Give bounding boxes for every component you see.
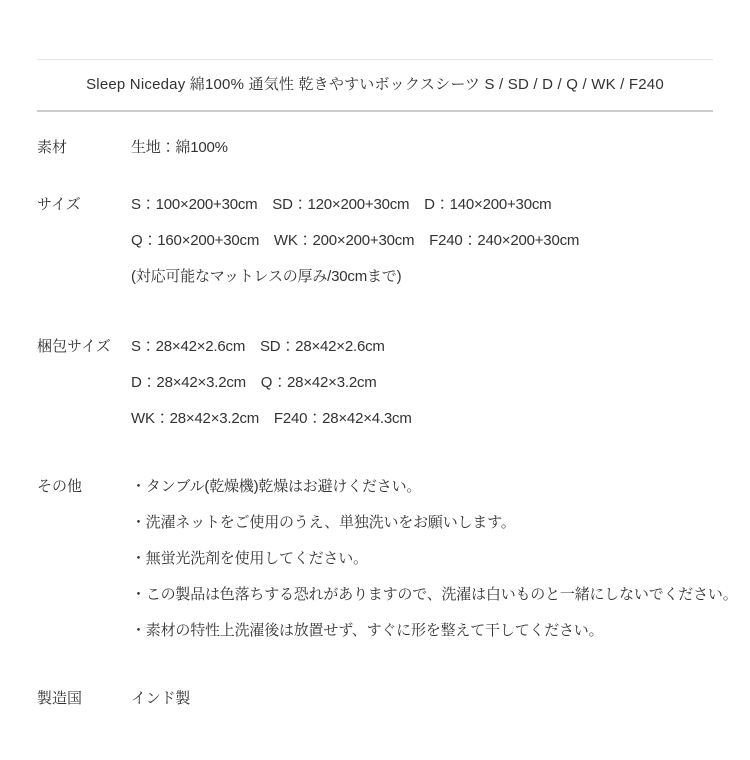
spec-line: ・タンブル(乾燥機)乾燥はお避けください。: [131, 469, 750, 505]
spec-line: ・この製品は色落ちする恐れがありますので、洗濯は白いものと一緒にしないでください…: [131, 577, 750, 613]
spec-line: WK：28×42×3.2cm F240：28×42×4.3cm: [131, 401, 750, 437]
spec-label: 製造国: [37, 681, 131, 717]
spec-label: 梱包サイズ: [37, 329, 131, 365]
spec-line: ・素材の特性上洗濯後は放置せず、すぐに形を整えて干してください。: [131, 613, 750, 649]
spec-line: (対応可能なマットレスの厚み/30cmまで): [131, 259, 750, 295]
spec-label: 素材: [37, 130, 131, 166]
spec-row-size: サイズ S：100×200+30cm SD：120×200+30cm D：140…: [37, 187, 750, 295]
spec-line: インド製: [131, 681, 750, 717]
spec-content: S：100×200+30cm SD：120×200+30cm D：140×200…: [131, 187, 750, 295]
spec-line: Q：160×200+30cm WK：200×200+30cm F240：240×…: [131, 223, 750, 259]
spec-line: ・無蛍光洗剤を使用してください。: [131, 541, 750, 577]
spec-label: サイズ: [37, 187, 131, 223]
spec-line: ・洗濯ネットをご使用のうえ、単独洗いをお願いします。: [131, 505, 750, 541]
product-title: Sleep Niceday 綿100% 通気性 乾きやすいボックスシーツ S /…: [0, 60, 750, 110]
spec-line: S：100×200+30cm SD：120×200+30cm D：140×200…: [131, 187, 750, 223]
spec-content: ・タンブル(乾燥機)乾燥はお避けください。 ・洗濯ネットをご使用のうえ、単独洗い…: [131, 469, 750, 649]
spec-content: 生地：綿100%: [131, 130, 750, 166]
spec-row-country: 製造国 インド製: [37, 681, 750, 717]
spec-row-material: 素材 生地：綿100%: [37, 130, 750, 166]
spec-row-package-size: 梱包サイズ S：28×42×2.6cm SD：28×42×2.6cm D：28×…: [37, 329, 750, 437]
spec-line: S：28×42×2.6cm SD：28×42×2.6cm: [131, 329, 750, 365]
spec-content: インド製: [131, 681, 750, 717]
spec-line: 生地：綿100%: [131, 130, 750, 166]
spec-line: D：28×42×3.2cm Q：28×42×3.2cm: [131, 365, 750, 401]
product-spec-page: Sleep Niceday 綿100% 通気性 乾きやすいボックスシーツ S /…: [0, 0, 750, 760]
spec-label: その他: [37, 469, 131, 505]
spec-content: S：28×42×2.6cm SD：28×42×2.6cm D：28×42×3.2…: [131, 329, 750, 437]
spec-row-other: その他 ・タンブル(乾燥機)乾燥はお避けください。 ・洗濯ネットをご使用のうえ、…: [37, 469, 750, 649]
spec-table: 素材 生地：綿100% サイズ S：100×200+30cm SD：120×20…: [0, 112, 750, 717]
